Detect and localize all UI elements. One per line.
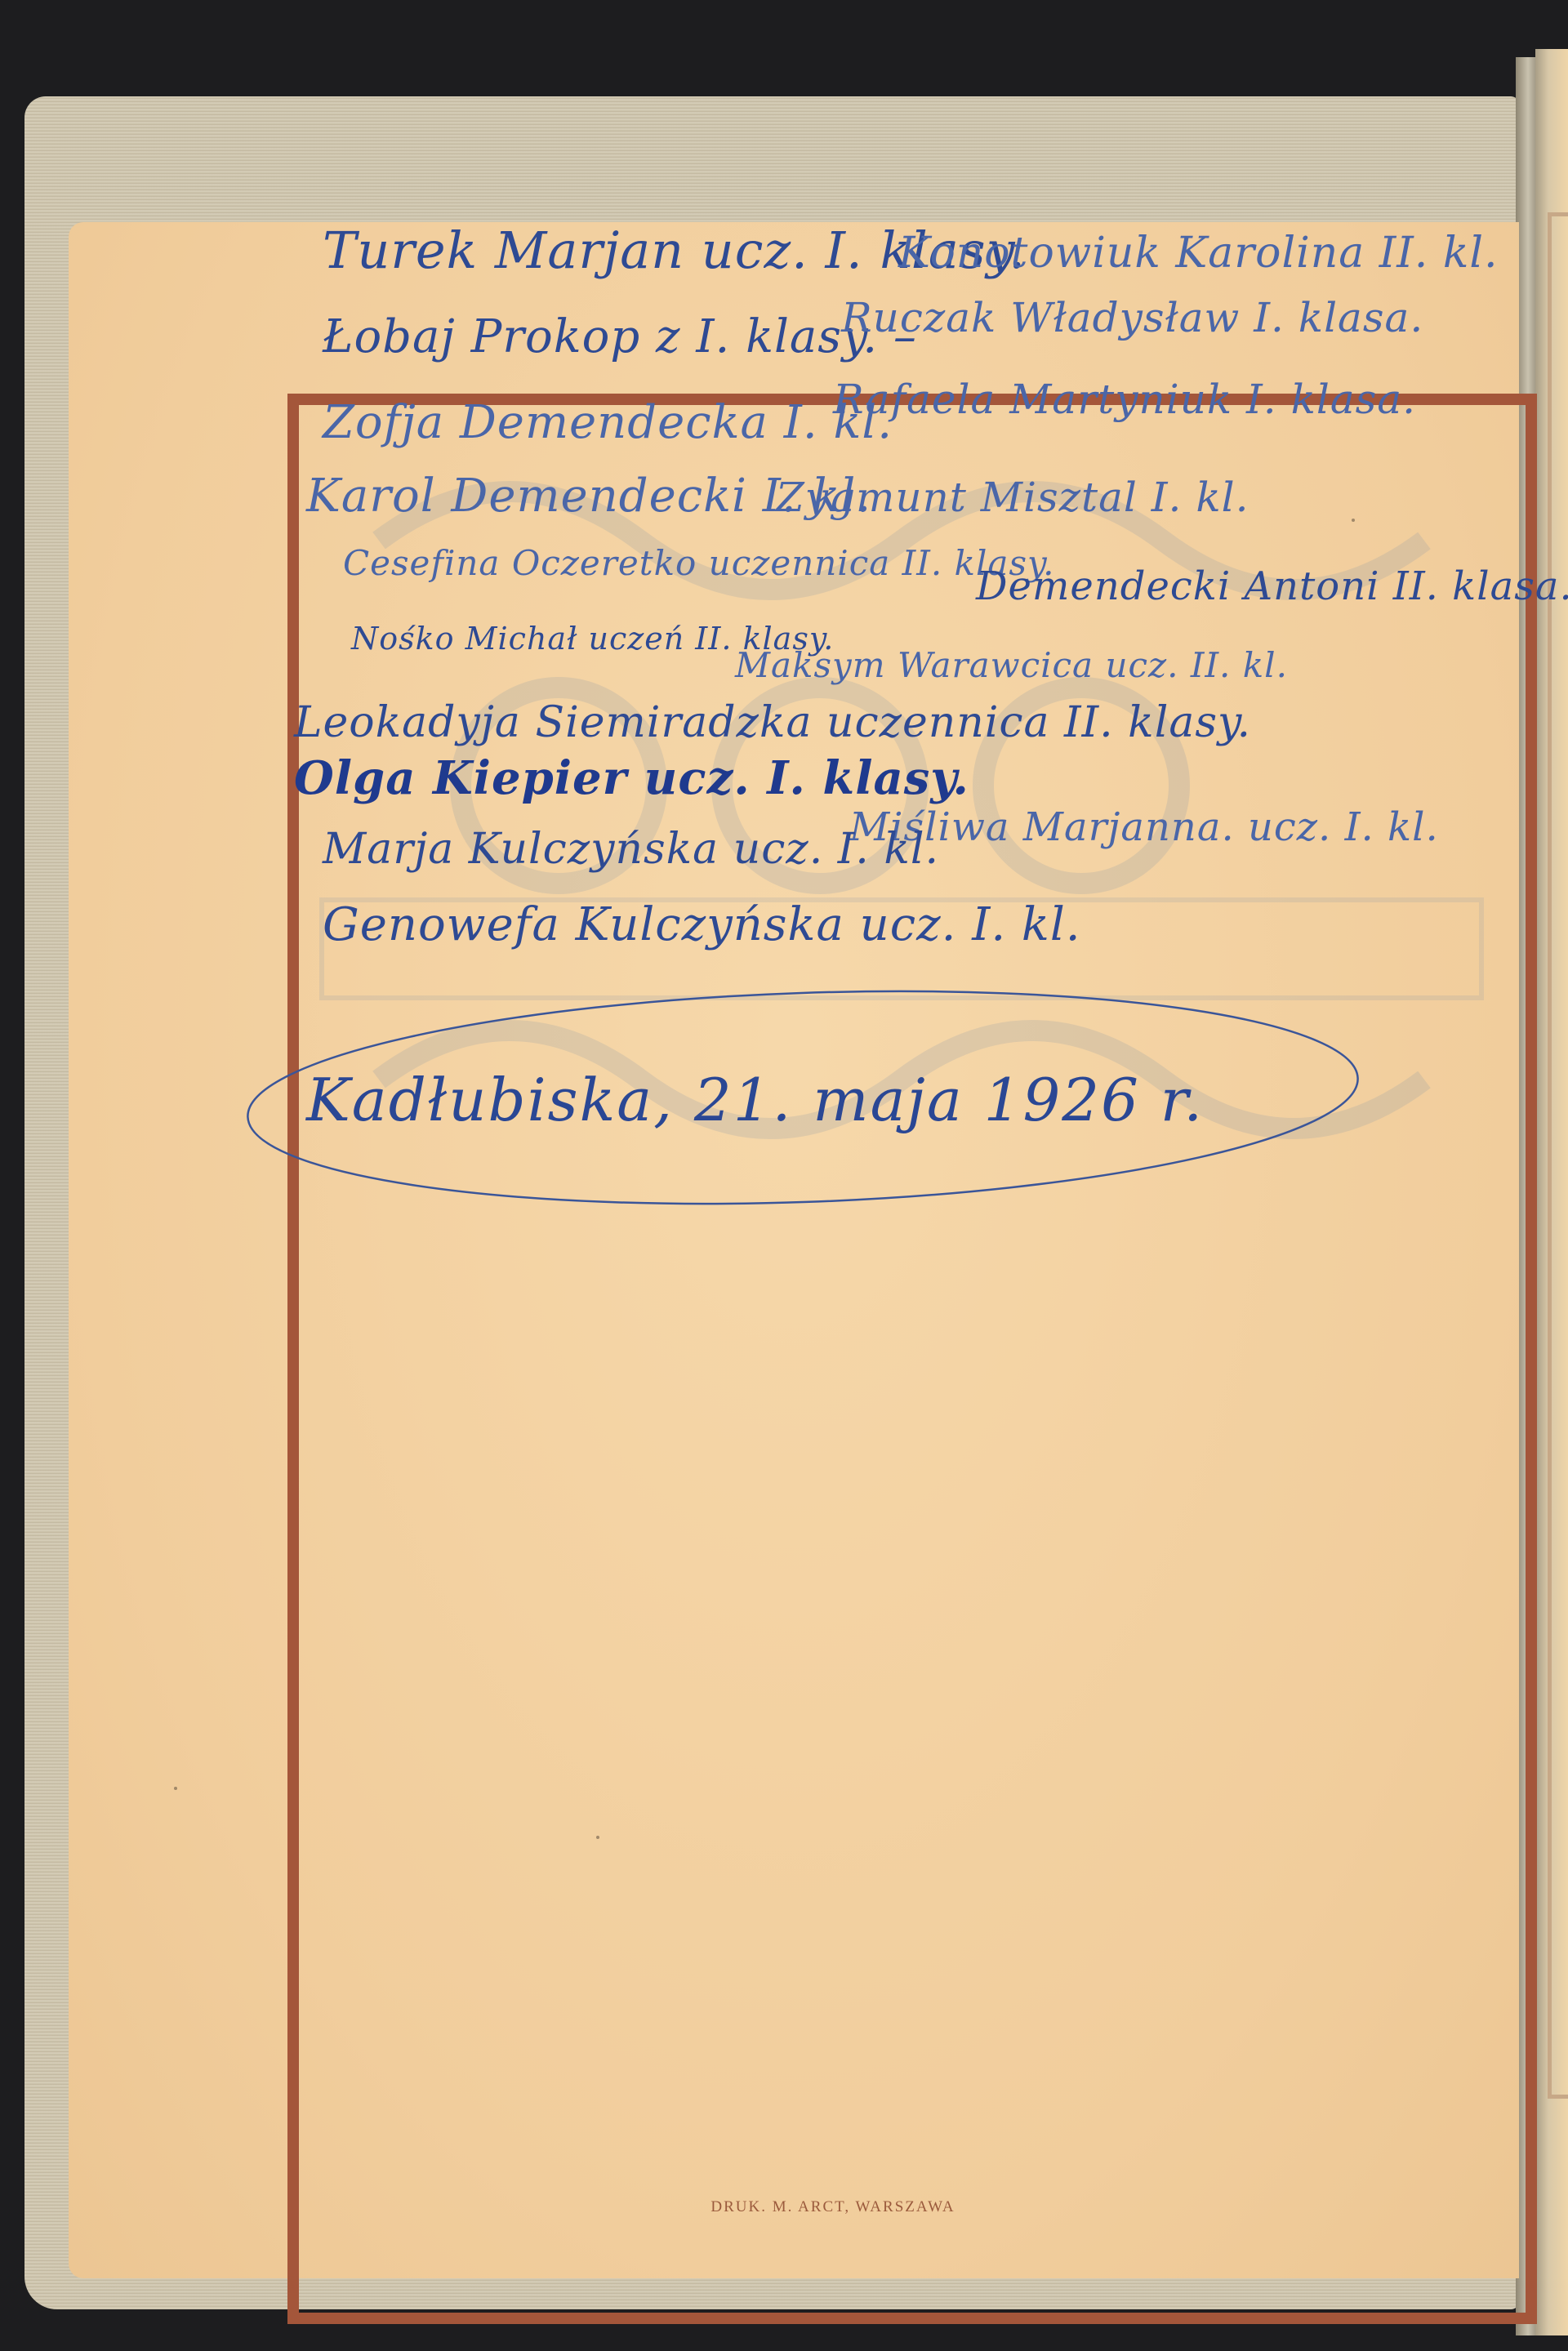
signature-entry: Łobaj Prokop z I. klasy. – [323, 310, 917, 363]
place-and-date: Kadłubiska, 21. maja 1926 r. [306, 1066, 1204, 1134]
signature-entry: Zygmunt Misztal I. kl. [776, 474, 1249, 521]
signature-entry: Zofja Demendecka I. kl. [323, 396, 893, 449]
paper-speck [174, 1787, 177, 1790]
signature-entry: Demendecki Antoni II. klasa. [976, 563, 1568, 609]
paper-speck [1352, 519, 1355, 522]
signature-entry: Konotowiuk Karolina II. kl. [898, 229, 1499, 278]
signature-entry: Cesefina Oczeretko uczennica II. klasy. [343, 543, 1055, 583]
paper-speck [596, 1836, 599, 1839]
signature-entry: Maksym Warawcica ucz. II. kl. [735, 645, 1288, 685]
signature-entry: Ruczak Władysław I. klasa. [841, 294, 1423, 341]
signature-entry: Genowefa Kulczyńska ucz. I. kl. [323, 898, 1081, 951]
printer-imprint: DRUK. M. ARCT, WARSZAWA [0, 2198, 1568, 2216]
signature-entry: Olga Kiepier ucz. I. klasy. [294, 751, 969, 805]
signature-entry: Rafaela Martyniuk I. klasa. [833, 376, 1416, 423]
signature-entry: Marja Kulczyńska ucz. I. kl. [323, 825, 939, 874]
signature-entry: Leokadyja Siemiradzka uczennica II. klas… [294, 698, 1251, 747]
